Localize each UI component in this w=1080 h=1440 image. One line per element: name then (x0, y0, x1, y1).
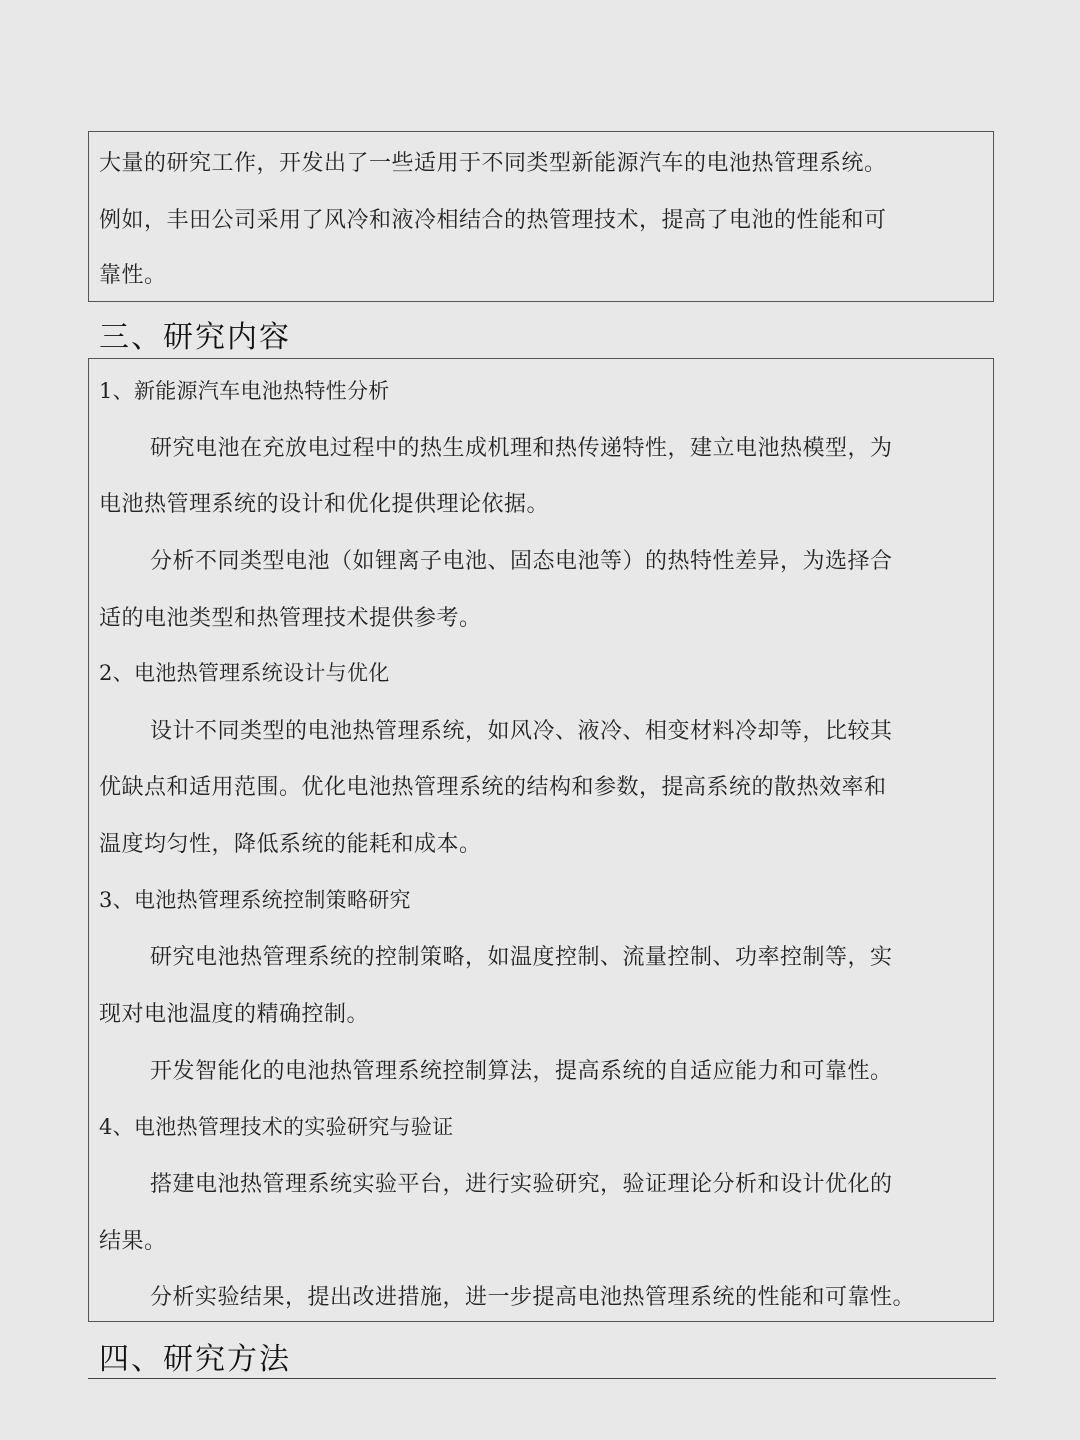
section-title-research-content: 三、研究内容 (99, 312, 291, 356)
text-line: 例如，丰田公司采用了风冷和液冷相结合的热管理技术，提高了电池的性能和可 (99, 203, 887, 234)
text-line: 开发智能化的电池热管理系统控制算法，提高系统的自适应能力和可靠性。 (150, 1054, 893, 1085)
text-line: 分析实验结果，提出改进措施，进一步提高电池热管理系统的性能和可靠性。 (150, 1280, 915, 1311)
section-divider (88, 1378, 996, 1379)
text-line: 优缺点和适用范围。优化电池热管理系统的结构和参数，提高系统的散热效率和 (99, 770, 887, 801)
text-line: 分析不同类型电池（如锂离子电池、固态电池等）的热特性差异，为选择合 (150, 544, 893, 575)
text-line: 研究电池在充放电过程中的热生成机理和热传递特性，建立电池热模型，为 (150, 431, 893, 462)
text-line: 研究电池热管理系统的控制策略，如温度控制、流量控制、功率控制等，实 (150, 940, 893, 971)
item-heading: 4、电池热管理技术的实验研究与验证 (99, 1111, 453, 1141)
text-line: 电池热管理系统的设计和优化提供理论依据。 (99, 487, 549, 518)
section-title-research-methods: 四、研究方法 (99, 1334, 291, 1378)
text-line: 靠性。 (99, 258, 167, 289)
item-heading: 2、电池热管理系统设计与优化 (99, 657, 390, 687)
text-line: 结果。 (99, 1224, 167, 1255)
text-line: 设计不同类型的电池热管理系统，如风冷、液冷、相变材料冷却等，比较其 (150, 714, 893, 745)
item-heading: 3、电池热管理系统控制策略研究 (99, 884, 411, 914)
text-line: 大量的研究工作，开发出了一些适用于不同类型新能源汽车的电池热管理系统。 (99, 146, 887, 177)
text-line: 搭建电池热管理系统实验平台，进行实验研究，验证理论分析和设计优化的 (150, 1167, 893, 1198)
item-heading: 1、新能源汽车电池热特性分析 (99, 375, 390, 405)
text-line: 温度均匀性，降低系统的能耗和成本。 (99, 827, 482, 858)
text-line: 适的电池类型和热管理技术提供参考。 (99, 601, 482, 632)
text-line: 现对电池温度的精确控制。 (99, 997, 369, 1028)
